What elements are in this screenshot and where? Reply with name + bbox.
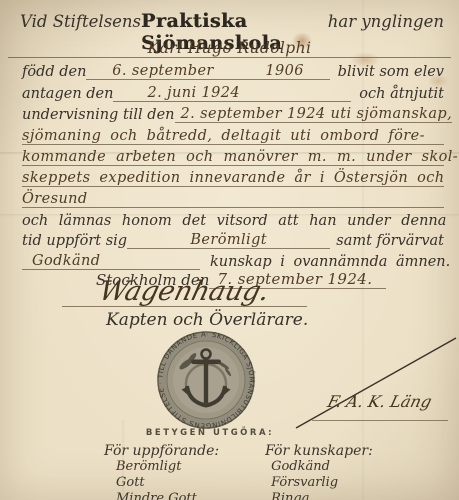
born-line: född den 6. september 1906 blivit som el… <box>22 60 444 80</box>
subjects-text: kommande arbeten och manövrer m. m. unde… <box>22 149 458 165</box>
knowledge-after: kunskap i ovannämnda ämnen. <box>200 254 450 270</box>
instruction-line: undervisning till den 2. september 1924 … <box>22 103 444 123</box>
school-seal: · SKICKLIGA SJÖMANSUTBILDNINGENS STIFTEL… <box>156 330 256 430</box>
subjects-text: Öresund <box>22 191 88 207</box>
born-fill: 6. september 1906 <box>86 63 329 80</box>
conduct-grade-option: Berömligt <box>104 459 219 475</box>
subjects-line: Öresund <box>22 187 444 208</box>
admitted-label: antagen den <box>22 86 113 102</box>
admitted-date: 2. juni 1924 <box>147 85 240 101</box>
admitted-after: och åtnjutit <box>351 86 444 102</box>
subjects-line: kommande arbeten och manövrer m. m. unde… <box>22 145 444 166</box>
conduct-after: samt förvärvat <box>330 233 444 249</box>
header-suffix: har ynglingen <box>328 12 444 31</box>
conduct-grade-option: Gott <box>104 475 219 491</box>
conduct-scale: För uppförande: Berömligt Gott Mindre Go… <box>104 443 219 500</box>
subjects-line: skeppets expedition innevarande år i Öst… <box>22 166 444 187</box>
born-after: blivit som elev <box>330 64 444 80</box>
knowledge-grade-option: Ringa <box>265 491 373 500</box>
subjects-line: sjömaning och båtredd, deltagit uti ombo… <box>22 124 444 145</box>
born-date: 6. september <box>112 63 214 79</box>
conduct-label: tid uppfört sig <box>22 233 127 249</box>
subjects-text: sjömaning och båtredd, deltagit uti ombo… <box>22 128 425 144</box>
conduct-grade-line: tid uppfört sig Berömligt samt förvärvat <box>22 229 444 249</box>
knowledge-grade-option: Försvarlig <box>265 475 373 491</box>
captain-title: Kapten och Överlärare. <box>106 310 308 330</box>
born-label: född den <box>22 64 86 80</box>
vitsord-text: och lämnas honom det vitsord att han und… <box>22 213 446 229</box>
student-name-line: Karl Hugo Rudolphi <box>8 34 451 58</box>
admitted-line: antagen den 2. juni 1924 och åtnjutit <box>22 82 444 102</box>
born-year: 1906 <box>265 63 304 79</box>
knowledge-grade-line: Godkänd kunskap i ovannämnda ämnen. <box>22 250 444 270</box>
header-prefix: Vid Stiftelsens <box>20 12 141 31</box>
knowledge-scale-label: För kunskaper: <box>265 443 373 459</box>
knowledge-grade: Godkänd <box>32 253 100 269</box>
captain-signature: Wagenhaug. <box>96 276 273 307</box>
knowledge-fill: Godkänd <box>22 253 200 270</box>
conduct-grade-option: Mindre Gott <box>104 491 219 500</box>
certificate-document: Vid Stiftelsens Praktiska Sjömanskola ha… <box>0 0 459 500</box>
admitted-fill: 2. juni 1924 <box>113 85 351 102</box>
conduct-scale-label: För uppförande: <box>104 443 219 459</box>
knowledge-grade-option: Godkänd <box>265 459 373 475</box>
grading-key: För uppförande: Berömligt Gott Mindre Go… <box>104 443 373 500</box>
second-signature: F. A. K. Läng <box>326 392 434 411</box>
student-name: Karl Hugo Rudolphi <box>148 39 312 57</box>
knowledge-scale: För kunskaper: Godkänd Försvarlig Ringa <box>265 443 373 500</box>
conduct-fill: Berömligt <box>127 232 330 249</box>
second-signature-line: F. A. K. Läng <box>312 392 448 421</box>
header-line: Vid Stiftelsens Praktiska Sjömanskola ha… <box>20 10 444 36</box>
conduct-grade: Berömligt <box>190 232 267 248</box>
vitsord-line: och lämnas honom det vitsord att han und… <box>22 209 444 229</box>
captain-title-line: Kapten och Överlärare. <box>106 308 346 330</box>
subjects-text: skeppets expedition innevarande år i Öst… <box>22 170 445 186</box>
instruction-label: undervisning till den <box>22 107 175 123</box>
instruction-fill: 2. september 1924 uti sjömanskap, <box>175 106 453 123</box>
footer-heading: BETYGEN UTGÖRA: <box>0 428 420 438</box>
instruction-handwritten: 2. september 1924 uti sjömanskap, <box>181 106 453 122</box>
captain-signature-line: Wagenhaug. <box>62 276 307 307</box>
